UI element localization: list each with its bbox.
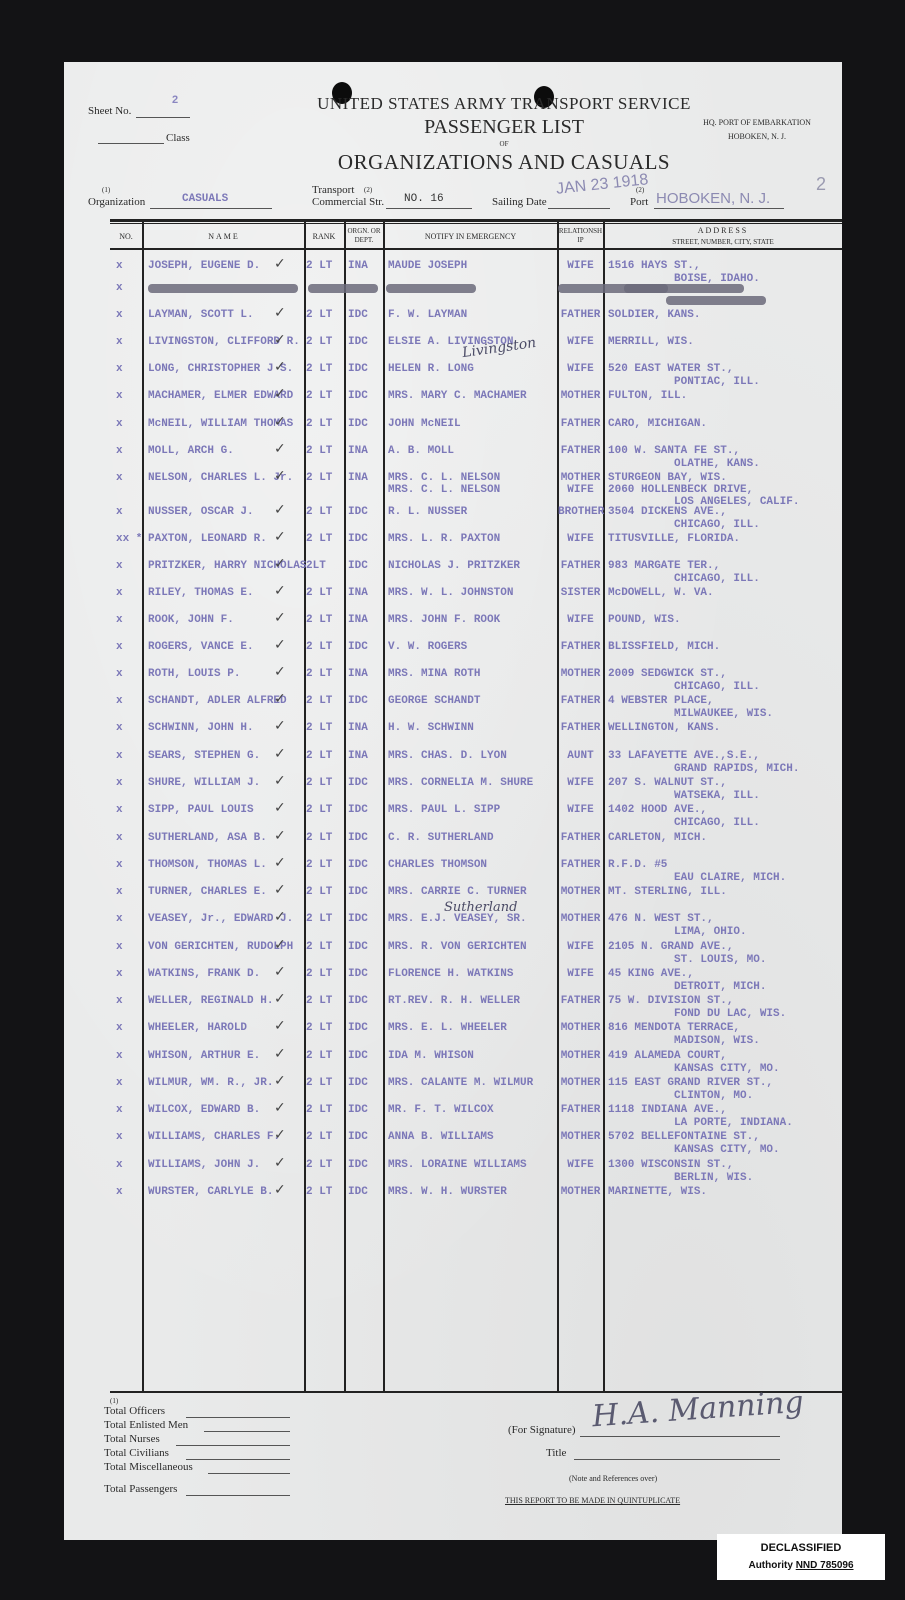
address-line-1: POUND, WIS.	[608, 614, 681, 626]
column-header-notify: NOTIFY IN EMERGENCY	[384, 232, 557, 241]
organization-dept: IDC	[348, 1022, 368, 1034]
row-number: x	[116, 941, 123, 953]
row-number: x	[116, 1077, 123, 1089]
column-divider	[603, 222, 605, 1392]
total-civilians-line	[186, 1459, 290, 1460]
address-line-1: 1402 HOOD AVE.,	[608, 804, 707, 816]
authority-value: NND 785096	[796, 1560, 854, 1571]
address-line-2: CHICAGO, ILL.	[674, 681, 760, 693]
relationship: MOTHER	[558, 886, 603, 898]
passenger-name: SCHANDT, ADLER ALFRED	[148, 695, 287, 707]
organization-dept: IDC	[348, 390, 368, 402]
total-enlisted-line	[204, 1431, 290, 1432]
relationship: SISTER	[558, 587, 603, 599]
corner-number: 2	[816, 174, 826, 195]
passenger-name: WILMUR, WM. R., JR.	[148, 1077, 273, 1089]
checkmark-icon: ✓	[274, 664, 286, 680]
note-references: (Note and References over)	[569, 1474, 657, 1483]
emergency-contact: MRS. JOHN F. ROOK	[388, 614, 500, 626]
emergency-contact: MRS. MARY C. MACHAMER	[388, 390, 527, 402]
address-line-3: 2060 HOLLENBECK DRIVE,	[608, 484, 753, 496]
emergency-contact: V. W. ROGERS	[388, 641, 467, 653]
rank: 2 LT	[306, 614, 332, 626]
address-line-1: McDOWELL, W. VA.	[608, 587, 714, 599]
relationship: MOTHER	[558, 472, 603, 484]
address-line-2: CHICAGO, ILL.	[674, 519, 760, 531]
for-signature-label: (For Signature)	[508, 1424, 576, 1436]
checkmark-icon: ✓	[274, 1100, 286, 1116]
relationship: FATHER	[558, 695, 603, 707]
relationship: MOTHER	[558, 668, 603, 680]
row-number: x	[116, 614, 123, 626]
redaction-bar	[148, 284, 298, 293]
address-line-2: MADISON, WIS.	[674, 1035, 760, 1047]
address-line-1: CARO, MICHIGAN.	[608, 418, 707, 430]
sailing-date-line	[548, 208, 610, 209]
rank: 2 LT	[306, 336, 332, 348]
checkmark-icon: ✓	[274, 468, 286, 484]
organization-dept: IDC	[348, 695, 368, 707]
redaction-bar	[666, 296, 766, 305]
address-line-2: LA PORTE, INDIANA.	[674, 1117, 793, 1129]
title-label: Title	[546, 1447, 566, 1459]
organization-dept: INA	[348, 722, 368, 734]
address-line-1: 115 EAST GRAND RIVER ST.,	[608, 1077, 773, 1089]
relationship: FATHER	[558, 722, 603, 734]
relationship: WIFE	[558, 777, 603, 789]
address-line-1: 4 WEBSTER PLACE,	[608, 695, 714, 707]
organization-dept: IDC	[348, 804, 368, 816]
row-number: x	[116, 859, 123, 871]
emergency-contact: GEORGE SCHANDT	[388, 695, 480, 707]
rank: 2 LT	[306, 832, 332, 844]
address-line-2: GRAND RAPIDS, MICH.	[674, 763, 799, 775]
footnote-mark: (1)	[110, 1397, 118, 1405]
checkmark-icon: ✓	[274, 305, 286, 321]
row-number: x	[116, 641, 123, 653]
rank: 2 LT	[306, 886, 332, 898]
emergency-contact: ANNA B. WILLIAMS	[388, 1131, 494, 1143]
organization-dept: IDC	[348, 1186, 368, 1198]
column-header-orgn: ORGN. OR DEPT.	[345, 227, 383, 245]
relationship: MOTHER	[558, 1050, 603, 1062]
title-of: OF	[274, 140, 734, 148]
rank: 2 LT	[306, 1077, 332, 1089]
passenger-name: TURNER, CHARLES E.	[148, 886, 267, 898]
emergency-contact-2: MRS. C. L. NELSON	[388, 484, 500, 496]
address-line-2: EAU CLAIRE, MICH.	[674, 872, 786, 884]
address-line-1: R.F.D. #5	[608, 859, 667, 871]
relationship: FATHER	[558, 1104, 603, 1116]
passenger-name: ROGERS, VANCE E.	[148, 641, 254, 653]
rank: 2 LT	[306, 1022, 332, 1034]
passenger-name: WATKINS, FRANK D.	[148, 968, 260, 980]
relationship: FATHER	[558, 859, 603, 871]
checkmark-icon: ✓	[274, 637, 286, 653]
address-line-1: 3504 DICKENS AVE.,	[608, 506, 727, 518]
redaction-bar	[308, 284, 378, 293]
row-number: x	[116, 722, 123, 734]
rank: 2 LT	[306, 750, 332, 762]
total-civilians-label: Total Civilians	[104, 1447, 169, 1459]
organization-dept: INA	[348, 614, 368, 626]
quintuplicate-note: THIS REPORT TO BE MADE IN QUINTUPLICATE	[505, 1496, 680, 1505]
address-line-2: PONTIAC, ILL.	[674, 376, 760, 388]
passenger-name: WILCOX, EDWARD B.	[148, 1104, 260, 1116]
emergency-contact: MRS. R. VON GERICHTEN	[388, 941, 527, 953]
passenger-name: WHEELER, HAROLD	[148, 1022, 247, 1034]
rank: 2 LT	[306, 472, 332, 484]
emergency-contact: H. W. SCHWINN	[388, 722, 474, 734]
address-line-1: WELLINGTON, KANS.	[608, 722, 720, 734]
relationship: WIFE	[558, 941, 603, 953]
passenger-name: WHISON, ARTHUR E.	[148, 1050, 260, 1062]
passenger-name: WURSTER, CARLYLE B.	[148, 1186, 273, 1198]
emergency-contact: MRS. PAUL L. SIPP	[388, 804, 500, 816]
organization-dept: IDC	[348, 533, 368, 545]
total-misc-line	[208, 1473, 290, 1474]
port-line	[654, 208, 784, 209]
address-line-2: CHICAGO, ILL.	[674, 817, 760, 829]
checkmark-icon: ✓	[274, 882, 286, 898]
row-number: x	[116, 1050, 123, 1062]
row-number: x	[116, 1104, 123, 1116]
address-line-2: CHICAGO, ILL.	[674, 573, 760, 585]
rank: 2 LT	[306, 668, 332, 680]
rank: 2 LT	[306, 804, 332, 816]
organization-dept: IDC	[348, 995, 368, 1007]
checkmark-icon: ✓	[274, 1046, 286, 1062]
organization-dept: IDC	[348, 1131, 368, 1143]
checkmark-icon: ✓	[274, 256, 286, 272]
address-line-1: 1516 HAYS ST.,	[608, 260, 700, 272]
organization-dept: IDC	[348, 859, 368, 871]
row-number: x	[116, 260, 123, 272]
redaction-bar	[386, 284, 476, 293]
organization-dept: IDC	[348, 1077, 368, 1089]
sheet-no-line	[136, 117, 190, 118]
emergency-contact: MRS. W. H. WURSTER	[388, 1186, 507, 1198]
signature-line	[580, 1436, 780, 1437]
row-number: x	[116, 695, 123, 707]
rank: 2LT	[306, 560, 326, 572]
row-number: x	[116, 445, 123, 457]
checkmark-icon: ✓	[274, 718, 286, 734]
emergency-contact: MRS. C. L. NELSON	[388, 472, 500, 484]
column-divider	[142, 222, 144, 1392]
organization-dept: IDC	[348, 336, 368, 348]
rank: 2 LT	[306, 1050, 332, 1062]
address-line-1: TITUSVILLE, FLORIDA.	[608, 533, 740, 545]
address-line-1: SOLDIER, KANS.	[608, 309, 700, 321]
footnote-mark: (2)	[636, 186, 644, 194]
relationship: WIFE	[558, 1159, 603, 1171]
emergency-contact: MR. F. T. WILCOX	[388, 1104, 494, 1116]
hq-line-2: HOBOKEN, N. J.	[672, 132, 842, 141]
checkmark-icon: ✓	[274, 746, 286, 762]
rank: 2 LT	[306, 390, 332, 402]
checkmark-icon: ✓	[274, 386, 286, 402]
passenger-name: VON GERICHTEN, RUDOLPH	[148, 941, 293, 953]
checkmark-icon: ✓	[274, 964, 286, 980]
address-line-2: LIMA, OHIO.	[674, 926, 747, 938]
passenger-name: McNEIL, WILLIAM THOMAS	[148, 418, 293, 430]
total-passengers-label: Total Passengers	[104, 1483, 177, 1495]
organization-dept: INA	[348, 260, 368, 272]
passenger-name: SIPP, PAUL LOUIS	[148, 804, 254, 816]
relationship: WIFE	[558, 804, 603, 816]
emergency-contact: FLORENCE H. WATKINS	[388, 968, 513, 980]
total-officers-label: Total Officers	[104, 1405, 165, 1417]
passenger-name: PAXTON, LEONARD R.	[148, 533, 267, 545]
emergency-contact: MAUDE JOSEPH	[388, 260, 467, 272]
relationship: WIFE	[558, 363, 603, 375]
passenger-name: THOMSON, THOMAS L.	[148, 859, 267, 871]
checkmark-icon: ✓	[274, 909, 286, 925]
row-number: x	[116, 668, 123, 680]
emergency-contact: MRS. LORAINE WILLIAMS	[388, 1159, 527, 1171]
relationship: WIFE	[558, 336, 603, 348]
rank: 2 LT	[306, 641, 332, 653]
address-line-1: 2105 N. GRAND AVE.,	[608, 941, 733, 953]
column-header-address-sub: STREET, NUMBER, CITY, STATE	[604, 238, 842, 247]
passenger-name: LAYMAN, SCOTT L.	[148, 309, 254, 321]
emergency-contact: CHARLES THOMSON	[388, 859, 487, 871]
address-line-1: 5702 BELLEFONTAINE ST.,	[608, 1131, 760, 1143]
rank: 2 LT	[306, 722, 332, 734]
total-nurses-line	[176, 1445, 290, 1446]
emergency-contact: F. W. LAYMAN	[388, 309, 467, 321]
address-line-2: OLATHE, KANS.	[674, 458, 760, 470]
passenger-name: SEARS, STEPHEN G.	[148, 750, 260, 762]
passenger-name: LONG, CHRISTOPHER J S.	[148, 363, 293, 375]
emergency-contact: MRS. MINA ROTH	[388, 668, 480, 680]
sailing-date-stamp: JAN 23 1918	[555, 171, 649, 199]
table-header-rule	[110, 248, 842, 250]
passenger-name: SUTHERLAND, ASA B.	[148, 832, 267, 844]
total-misc-label: Total Miscellaneous	[104, 1461, 193, 1473]
rank: 2 LT	[306, 859, 332, 871]
emergency-contact: MRS. L. R. PAXTON	[388, 533, 500, 545]
checkmark-icon: ✓	[274, 610, 286, 626]
emergency-contact: MRS. E. L. WHEELER	[388, 1022, 507, 1034]
emergency-contact: MRS. W. L. JOHNSTON	[388, 587, 513, 599]
rank: 2 LT	[306, 533, 332, 545]
address-line-2: CLINTON, MO.	[674, 1090, 753, 1102]
row-number: x	[116, 336, 123, 348]
title-line-2: PASSENGER LIST	[274, 116, 734, 139]
column-header-rank: RANK	[304, 232, 344, 241]
relationship: FATHER	[558, 560, 603, 572]
checkmark-icon: ✓	[274, 800, 286, 816]
passenger-name: ROOK, JOHN F.	[148, 614, 234, 626]
address-line-1: 419 ALAMEDA COURT,	[608, 1050, 727, 1062]
address-line-2: KANSAS CITY, MO.	[674, 1063, 780, 1075]
relationship: FATHER	[558, 641, 603, 653]
organization-dept: INA	[348, 668, 368, 680]
handwritten-annotation: Sutherland	[444, 900, 517, 915]
row-number: x	[116, 309, 123, 321]
transport-label: Transport	[312, 184, 354, 196]
organization-dept: IDC	[348, 1159, 368, 1171]
relationship: MOTHER	[558, 1131, 603, 1143]
row-number: x	[116, 587, 123, 599]
organization-dept: IDC	[348, 968, 368, 980]
organization-dept: INA	[348, 445, 368, 457]
organization-dept: IDC	[348, 1104, 368, 1116]
declassified-authority: Authority NND 785096	[717, 1560, 885, 1571]
checkmark-icon: ✓	[274, 556, 286, 572]
emergency-contact: MRS. CHAS. D. LYON	[388, 750, 507, 762]
address-line-1: 2009 SEDGWICK ST.,	[608, 668, 727, 680]
address-line-2: FOND DU LAC, WIS.	[674, 1008, 786, 1020]
passenger-name: WELLER, REGINALD H.	[148, 995, 273, 1007]
rank: 2 LT	[306, 941, 332, 953]
emergency-contact: MRS. CORNELIA M. SHURE	[388, 777, 533, 789]
row-number: x	[116, 804, 123, 816]
title-line-3: ORGANIZATIONS AND CASUALS	[224, 150, 784, 175]
redaction-bar	[624, 284, 744, 293]
relationship: BROTHER	[558, 506, 603, 518]
address-line-2: MILWAUKEE, WIS.	[674, 708, 773, 720]
total-enlisted-label: Total Enlisted Men	[104, 1419, 188, 1431]
emergency-contact: HELEN R. LONG	[388, 363, 474, 375]
sheet-no-label: Sheet No.	[88, 105, 131, 117]
column-header-address: ADDRESS	[604, 226, 842, 235]
rank: 2 LT	[306, 506, 332, 518]
column-divider	[344, 222, 346, 1392]
organization-dept: INA	[348, 472, 368, 484]
checkmark-icon: ✓	[274, 1127, 286, 1143]
checkmark-icon: ✓	[274, 1073, 286, 1089]
checkmark-icon: ✓	[274, 1018, 286, 1034]
relationship: WIFE	[558, 260, 603, 272]
organization-dept: IDC	[348, 309, 368, 321]
relationship: MOTHER	[558, 913, 603, 925]
row-number: x	[116, 506, 123, 518]
address-line-1: STURGEON BAY, WIS.	[608, 472, 727, 484]
row-number: x	[116, 390, 123, 402]
table-top-rule-thin	[110, 223, 842, 224]
passenger-name: SHURE, WILLIAM J.	[148, 777, 260, 789]
address-line-1: CARLETON, MICH.	[608, 832, 707, 844]
organization-dept: INA	[348, 587, 368, 599]
checkmark-icon: ✓	[274, 937, 286, 953]
row-number: x	[116, 832, 123, 844]
emergency-contact: A. B. MOLL	[388, 445, 454, 457]
emergency-contact: MRS. CARRIE C. TURNER	[388, 886, 527, 898]
rank: 2 LT	[306, 309, 332, 321]
checkmark-icon: ✓	[274, 1182, 286, 1198]
address-line-1: MERRILL, WIS.	[608, 336, 694, 348]
checkmark-icon: ✓	[274, 773, 286, 789]
rank: 2 LT	[306, 1186, 332, 1198]
transport-value: NO. 16	[404, 193, 444, 205]
title-line	[574, 1459, 780, 1460]
passenger-list-document: Sheet No. 2 Class UNITED STATES ARMY TRA…	[64, 62, 842, 1540]
row-number: x	[116, 1022, 123, 1034]
checkmark-icon: ✓	[274, 332, 286, 348]
hq-line-1: HQ. PORT OF EMBARKATION	[672, 118, 842, 127]
passenger-name: VEASEY, Jr., EDWARD J.	[148, 913, 293, 925]
table-top-rule	[110, 219, 842, 222]
relationship: FATHER	[558, 832, 603, 844]
rank: 2 LT	[306, 260, 332, 272]
organization-dept: IDC	[348, 418, 368, 430]
address-line-1: 1300 WISCONSIN ST.,	[608, 1159, 733, 1171]
relationship: MOTHER	[558, 390, 603, 402]
organization-line	[150, 208, 272, 209]
relationship: FATHER	[558, 995, 603, 1007]
port-label: Port	[630, 196, 648, 208]
address-line-2: KANSAS CITY, MO.	[674, 1144, 780, 1156]
checkmark-icon: ✓	[274, 991, 286, 1007]
address-line-1: 100 W. SANTA FE ST.,	[608, 445, 740, 457]
address-line-1: MARINETTE, WIS.	[608, 1186, 707, 1198]
emergency-contact: RT.REV. R. H. WELLER	[388, 995, 520, 1007]
emergency-contact: R. L. NUSSER	[388, 506, 467, 518]
total-nurses-label: Total Nurses	[104, 1433, 160, 1445]
emergency-contact: IDA M. WHISON	[388, 1050, 474, 1062]
row-number: x	[116, 282, 123, 294]
address-line-1: 75 W. DIVISION ST.,	[608, 995, 733, 1007]
row-number: x	[116, 1131, 123, 1143]
passenger-name: ROTH, LOUIS P.	[148, 668, 240, 680]
address-line-1: FULTON, ILL.	[608, 390, 687, 402]
declassified-title: DECLASSIFIED	[717, 1542, 885, 1554]
checkmark-icon: ✓	[274, 583, 286, 599]
address-line-2: BERLIN, WIS.	[674, 1172, 753, 1184]
relationship: FATHER	[558, 309, 603, 321]
organization-dept: INA	[348, 750, 368, 762]
relationship: WIFE	[558, 968, 603, 980]
passenger-name: MACHAMER, ELMER EDWARD	[148, 390, 293, 402]
organization-dept: IDC	[348, 641, 368, 653]
column-header-relationship: RELATIONSHIP	[558, 227, 603, 245]
address-line-1: 45 KING AVE.,	[608, 968, 694, 980]
address-line-1: BLISSFIELD, MICH.	[608, 641, 720, 653]
column-divider	[383, 222, 385, 1392]
column-header-no: NO.	[110, 232, 142, 241]
class-line	[98, 143, 164, 144]
rank: 2 LT	[306, 695, 332, 707]
relationship: AUNT	[558, 750, 603, 762]
relationship: MOTHER	[558, 1186, 603, 1198]
row-number: x	[116, 560, 123, 572]
emergency-contact: JOHN McNEIL	[388, 418, 461, 430]
organization-dept: IDC	[348, 560, 368, 572]
address-line-1: MT. STERLING, ILL.	[608, 886, 727, 898]
passenger-name: NUSSER, OSCAR J.	[148, 506, 254, 518]
footnote-mark: (1)	[102, 186, 110, 194]
checkmark-icon: ✓	[274, 441, 286, 457]
checkmark-icon: ✓	[274, 691, 286, 707]
passenger-name: RILEY, THOMAS E.	[148, 587, 254, 599]
rank: 2 LT	[306, 363, 332, 375]
row-number: x	[116, 968, 123, 980]
organization-dept: IDC	[348, 1050, 368, 1062]
organization-dept: IDC	[348, 832, 368, 844]
checkmark-icon: ✓	[274, 828, 286, 844]
row-number: x	[116, 750, 123, 762]
organization-label: Organization	[88, 196, 145, 208]
address-line-1: 816 MENDOTA TERRACE,	[608, 1022, 740, 1034]
rank: 2 LT	[306, 1131, 332, 1143]
relationship: MOTHER	[558, 1022, 603, 1034]
rank: 2 LT	[306, 913, 332, 925]
rank: 2 LT	[306, 995, 332, 1007]
checkmark-icon: ✓	[274, 414, 286, 430]
